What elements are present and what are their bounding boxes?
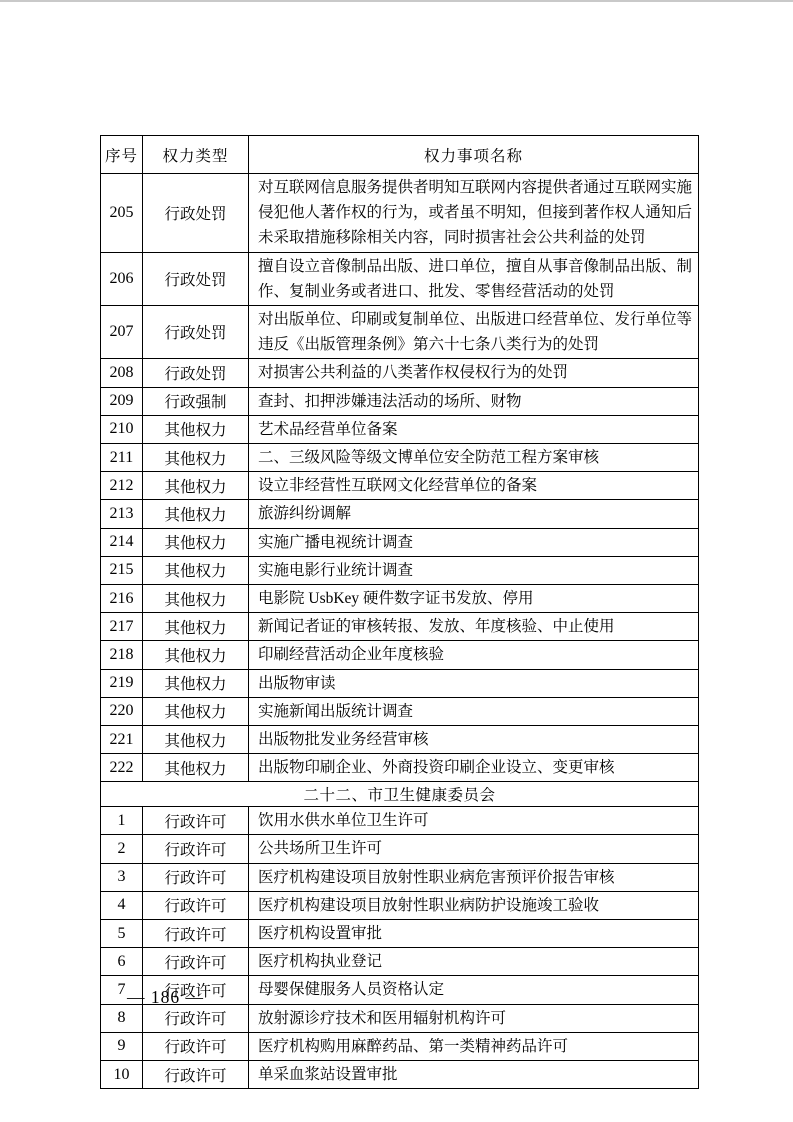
table-row: 217其他权力新闻记者证的审核转报、发放、年度核验、中止使用 xyxy=(101,613,699,641)
power-type-cell: 行政许可 xyxy=(143,863,249,891)
serial-cell: 219 xyxy=(101,669,143,697)
column-header-serial: 序号 xyxy=(101,136,143,174)
power-item-name-cell: 艺术品经营单位备案 xyxy=(249,415,699,443)
power-item-name-cell: 医疗机构建设项目放射性职业病防护设施竣工验收 xyxy=(249,891,699,919)
serial-cell: 4 xyxy=(101,891,143,919)
table-row: 220其他权力实施新闻出版统计调查 xyxy=(101,697,699,725)
power-item-name-cell: 二、三级风险等级文博单位安全防范工程方案审核 xyxy=(249,444,699,472)
power-type-cell: 行政处罚 xyxy=(143,174,249,253)
power-type-cell: 行政强制 xyxy=(143,387,249,415)
serial-cell: 1 xyxy=(101,807,143,835)
power-type-cell: 行政许可 xyxy=(143,920,249,948)
table-row: 212其他权力设立非经营性互联网文化经营单位的备案 xyxy=(101,472,699,500)
table-row: 213其他权力旅游纠纷调解 xyxy=(101,500,699,528)
power-item-name-cell: 出版物印刷企业、外商投资印刷企业设立、变更审核 xyxy=(249,754,699,782)
table-row: 9行政许可医疗机构购用麻醉药品、第一类精神药品许可 xyxy=(101,1032,699,1060)
serial-cell: 206 xyxy=(101,252,143,305)
table-row: 4行政许可医疗机构建设项目放射性职业病防护设施竣工验收 xyxy=(101,891,699,919)
table-row: 8行政许可放射源诊疗技术和医用辐射机构许可 xyxy=(101,1004,699,1032)
power-type-cell: 其他权力 xyxy=(143,585,249,613)
table-row: 222其他权力出版物印刷企业、外商投资印刷企业设立、变更审核 xyxy=(101,754,699,782)
power-type-cell: 其他权力 xyxy=(143,472,249,500)
power-item-name-cell: 母婴保健服务人员资格认定 xyxy=(249,976,699,1004)
section-header-row: 二十二、市卫生健康委员会 xyxy=(101,782,699,807)
serial-cell: 3 xyxy=(101,863,143,891)
power-type-cell: 行政处罚 xyxy=(143,252,249,305)
power-item-name-cell: 公共场所卫生许可 xyxy=(249,835,699,863)
power-type-cell: 其他权力 xyxy=(143,669,249,697)
table-row: 6行政许可医疗机构执业登记 xyxy=(101,948,699,976)
table-row: 218其他权力印刷经营活动企业年度核验 xyxy=(101,641,699,669)
table-row: 207行政处罚对出版单位、印刷或复制单位、出版进口经营单位、发行单位等违反《出版… xyxy=(101,306,699,359)
table-row: 205行政处罚对互联网信息服务提供者明知互联网内容提供者通过互联网实施侵犯他人著… xyxy=(101,174,699,253)
power-item-name-cell: 出版物审读 xyxy=(249,669,699,697)
scan-edge-artifact xyxy=(0,0,793,2)
power-item-name-cell: 新闻记者证的审核转报、发放、年度核验、中止使用 xyxy=(249,613,699,641)
section-title: 二十二、市卫生健康委员会 xyxy=(101,782,699,807)
power-item-name-cell: 出版物批发业务经营审核 xyxy=(249,726,699,754)
page-number: — 186 — xyxy=(127,987,204,1008)
serial-cell: 210 xyxy=(101,415,143,443)
serial-cell: 213 xyxy=(101,500,143,528)
power-item-name-cell: 医疗机构执业登记 xyxy=(249,948,699,976)
table-row: 216其他权力电影院 UsbKey 硬件数字证书发放、停用 xyxy=(101,585,699,613)
power-item-name-cell: 旅游纠纷调解 xyxy=(249,500,699,528)
power-type-cell: 其他权力 xyxy=(143,726,249,754)
power-item-name-cell: 实施广播电视统计调查 xyxy=(249,528,699,556)
power-type-cell: 行政处罚 xyxy=(143,306,249,359)
table-row: 221其他权力出版物批发业务经营审核 xyxy=(101,726,699,754)
table-row: 208行政处罚对损害公共利益的八类著作权侵权行为的处罚 xyxy=(101,359,699,387)
power-type-cell: 其他权力 xyxy=(143,415,249,443)
column-header-power-type: 权力类型 xyxy=(143,136,249,174)
document-page: 序号 权力类型 权力事项名称 205行政处罚对互联网信息服务提供者明知互联网内容… xyxy=(0,0,793,1122)
serial-cell: 207 xyxy=(101,306,143,359)
power-item-name-cell: 实施新闻出版统计调查 xyxy=(249,697,699,725)
power-item-name-cell: 对损害公共利益的八类著作权侵权行为的处罚 xyxy=(249,359,699,387)
serial-cell: 5 xyxy=(101,920,143,948)
table-row: 3行政许可医疗机构建设项目放射性职业病危害预评价报告审核 xyxy=(101,863,699,891)
power-item-name-cell: 对互联网信息服务提供者明知互联网内容提供者通过互联网实施侵犯他人著作权的行为，或… xyxy=(249,174,699,253)
serial-cell: 211 xyxy=(101,444,143,472)
serial-cell: 6 xyxy=(101,948,143,976)
power-type-cell: 其他权力 xyxy=(143,500,249,528)
serial-cell: 218 xyxy=(101,641,143,669)
table-row: 2行政许可公共场所卫生许可 xyxy=(101,835,699,863)
power-item-name-cell: 电影院 UsbKey 硬件数字证书发放、停用 xyxy=(249,585,699,613)
power-item-name-cell: 印刷经营活动企业年度核验 xyxy=(249,641,699,669)
power-item-name-cell: 医疗机构设置审批 xyxy=(249,920,699,948)
power-type-cell: 其他权力 xyxy=(143,754,249,782)
power-item-name-cell: 单采血浆站设置审批 xyxy=(249,1061,699,1089)
table-row: 5行政许可医疗机构设置审批 xyxy=(101,920,699,948)
power-type-cell: 行政许可 xyxy=(143,1004,249,1032)
serial-cell: 221 xyxy=(101,726,143,754)
power-type-cell: 其他权力 xyxy=(143,444,249,472)
power-item-name-cell: 医疗机构购用麻醉药品、第一类精神药品许可 xyxy=(249,1032,699,1060)
table-row: 210其他权力艺术品经营单位备案 xyxy=(101,415,699,443)
power-type-cell: 行政许可 xyxy=(143,1061,249,1089)
power-item-name-cell: 饮用水供水单位卫生许可 xyxy=(249,807,699,835)
power-item-name-cell: 擅自设立音像制品出版、进口单位，擅自从事音像制品出版、制作、复制业务或者进口、批… xyxy=(249,252,699,305)
table-row: 10行政许可单采血浆站设置审批 xyxy=(101,1061,699,1089)
serial-cell: 217 xyxy=(101,613,143,641)
column-header-power-item-name: 权力事项名称 xyxy=(249,136,699,174)
power-item-name-cell: 查封、扣押涉嫌违法活动的场所、财物 xyxy=(249,387,699,415)
table-row: 214其他权力实施广播电视统计调查 xyxy=(101,528,699,556)
serial-cell: 215 xyxy=(101,556,143,584)
table-row: 209行政强制查封、扣押涉嫌违法活动的场所、财物 xyxy=(101,387,699,415)
serial-cell: 212 xyxy=(101,472,143,500)
serial-cell: 208 xyxy=(101,359,143,387)
table-row: 215其他权力实施电影行业统计调查 xyxy=(101,556,699,584)
power-type-cell: 行政处罚 xyxy=(143,359,249,387)
serial-cell: 10 xyxy=(101,1061,143,1089)
serial-cell: 216 xyxy=(101,585,143,613)
serial-cell: 220 xyxy=(101,697,143,725)
table-row: 219其他权力出版物审读 xyxy=(101,669,699,697)
power-type-cell: 其他权力 xyxy=(143,697,249,725)
power-item-name-cell: 医疗机构建设项目放射性职业病危害预评价报告审核 xyxy=(249,863,699,891)
power-type-cell: 行政许可 xyxy=(143,807,249,835)
table-header-row: 序号 权力类型 权力事项名称 xyxy=(101,136,699,174)
power-type-cell: 其他权力 xyxy=(143,556,249,584)
serial-cell: 9 xyxy=(101,1032,143,1060)
serial-cell: 205 xyxy=(101,174,143,253)
power-item-name-cell: 放射源诊疗技术和医用辐射机构许可 xyxy=(249,1004,699,1032)
table-body: 205行政处罚对互联网信息服务提供者明知互联网内容提供者通过互联网实施侵犯他人著… xyxy=(101,174,699,1089)
power-type-cell: 行政许可 xyxy=(143,1032,249,1060)
power-type-cell: 行政许可 xyxy=(143,891,249,919)
table-row: 206行政处罚擅自设立音像制品出版、进口单位，擅自从事音像制品出版、制作、复制业… xyxy=(101,252,699,305)
power-item-name-cell: 对出版单位、印刷或复制单位、出版进口经营单位、发行单位等违反《出版管理条例》第六… xyxy=(249,306,699,359)
table-row: 1行政许可饮用水供水单位卫生许可 xyxy=(101,807,699,835)
serial-cell: 2 xyxy=(101,835,143,863)
power-item-name-cell: 实施电影行业统计调查 xyxy=(249,556,699,584)
serial-cell: 222 xyxy=(101,754,143,782)
power-type-cell: 行政许可 xyxy=(143,835,249,863)
power-type-cell: 其他权力 xyxy=(143,613,249,641)
serial-cell: 209 xyxy=(101,387,143,415)
serial-cell: 8 xyxy=(101,1004,143,1032)
power-items-table: 序号 权力类型 权力事项名称 205行政处罚对互联网信息服务提供者明知互联网内容… xyxy=(100,135,699,1089)
table-row: 211其他权力二、三级风险等级文博单位安全防范工程方案审核 xyxy=(101,444,699,472)
serial-cell: 214 xyxy=(101,528,143,556)
power-item-name-cell: 设立非经营性互联网文化经营单位的备案 xyxy=(249,472,699,500)
power-type-cell: 其他权力 xyxy=(143,528,249,556)
power-type-cell: 其他权力 xyxy=(143,641,249,669)
power-type-cell: 行政许可 xyxy=(143,948,249,976)
